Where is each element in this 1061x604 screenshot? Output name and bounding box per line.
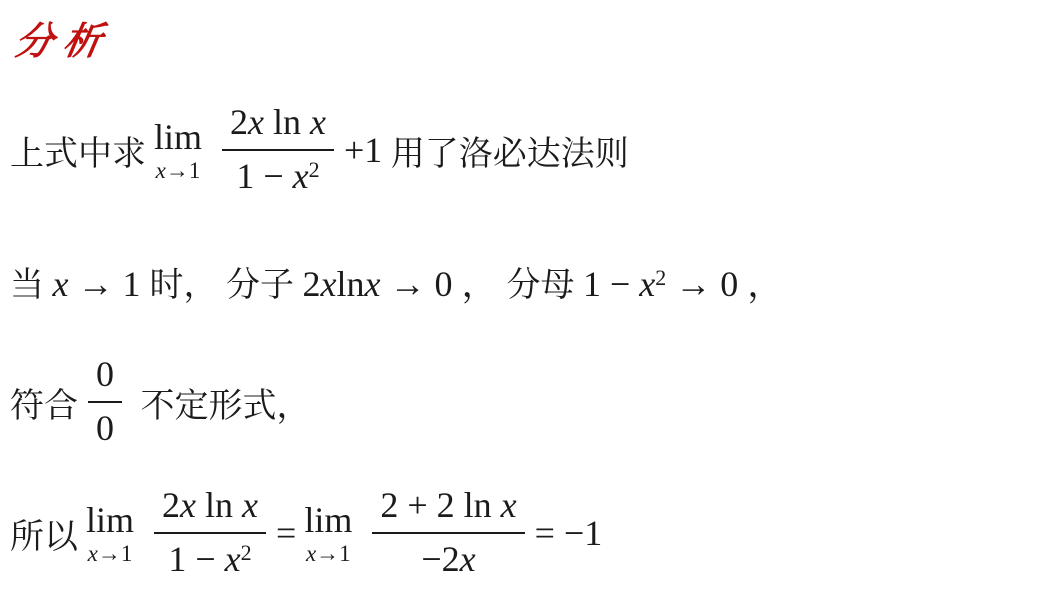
text-run: 用了洛必达法则 — [382, 126, 629, 175]
formula-line-2: 当 x → 1 时， 分子 2xlnx → 0 ， 分母 1 − x2 → 0 … — [10, 246, 783, 316]
fraction-denominator: 1 − x2 — [228, 151, 327, 196]
math-token: x — [310, 102, 326, 142]
math-token: 1 − — [236, 156, 292, 196]
math-token: x — [364, 264, 380, 304]
math-token: x — [320, 264, 336, 304]
math-token: x — [88, 541, 98, 566]
math-token: x — [242, 485, 258, 525]
math-token: x — [293, 156, 309, 196]
fraction-numerator: 2x ln x — [222, 104, 334, 149]
arrow-symbol: → 0 ， — [380, 264, 506, 304]
result-value: −1 — [564, 513, 602, 553]
exponent: 2 — [241, 540, 252, 565]
limit-subscript: x→1 — [156, 159, 201, 182]
math-token: ln — [264, 102, 310, 142]
fraction-numerator: 0 — [88, 356, 122, 401]
math-token: x — [306, 541, 316, 566]
fraction: 0 0 — [88, 356, 122, 448]
fraction-denominator: 1 − x2 — [160, 534, 259, 579]
result-run: = −1 — [535, 512, 603, 554]
arrow-symbol: → — [98, 541, 121, 566]
limit-subscript: x→1 — [88, 542, 133, 565]
fraction: 2x ln x 1 − x2 — [154, 487, 266, 579]
exponent: 2 — [309, 157, 320, 182]
math-token: x — [639, 264, 655, 304]
limit-word: lim — [304, 502, 352, 538]
analysis-heading: 分析 — [11, 10, 117, 65]
equals-sign: = — [276, 512, 296, 554]
math-token: 1 − — [168, 539, 224, 579]
fraction-denominator: 0 — [88, 403, 122, 448]
math-token: x — [248, 102, 264, 142]
math-token: x — [225, 539, 241, 579]
exponent: 2 — [655, 265, 666, 290]
fraction-denominator: −2x — [413, 534, 483, 579]
math-token: x — [460, 539, 476, 579]
limit-block: lim x→1 — [154, 119, 202, 182]
math-token: ln — [196, 485, 242, 525]
arrow-symbol: → 0 ， — [666, 264, 783, 304]
text-run: 当 x → 1 时， 分子 2xlnx → 0 ， 分母 1 − x2 → 0 … — [10, 256, 783, 307]
math-token: x — [53, 264, 69, 304]
fraction-numerator: 2x ln x — [154, 487, 266, 532]
math-token: 1 — [339, 541, 351, 566]
math-token: x — [180, 485, 196, 525]
fraction-numerator: 2 + 2 ln x — [372, 487, 524, 532]
limit-word: lim — [154, 119, 202, 155]
limit-subscript: x→1 — [306, 542, 351, 565]
text-run: 所以 — [10, 509, 78, 558]
arrow-symbol: → 1 — [68, 264, 149, 304]
fraction: 2 + 2 ln x −2x — [372, 487, 524, 579]
text-token: 时， 分子 — [149, 267, 302, 304]
math-token: ln — [464, 485, 501, 525]
text-token: 当 — [10, 267, 53, 304]
text-run: 不定形式， — [132, 378, 311, 427]
limit-word: lim — [86, 502, 134, 538]
math-token: x — [156, 158, 166, 183]
math-token: 1 − — [583, 264, 639, 304]
text-run: 上式中求 — [10, 126, 146, 175]
math-token: 1 — [189, 158, 201, 183]
formula-line-1: 上式中求 lim x→1 2x ln x 1 − x2 +1 用了洛必达法则 — [10, 92, 629, 208]
arrow-symbol: → — [316, 541, 339, 566]
text-run: 符合 — [10, 378, 78, 427]
formula-line-3: 符合 0 0 不定形式， — [10, 352, 311, 452]
math-token: 2 — [162, 485, 180, 525]
text-token: 分母 — [506, 267, 583, 304]
limit-block: lim x→1 — [86, 502, 134, 565]
formula-line-4: 所以 lim x→1 2x ln x 1 − x2 = lim x→1 2 + … — [10, 474, 602, 592]
document-page: 分析 上式中求 lim x→1 2x ln x 1 − x2 +1 用了洛必达法… — [0, 0, 1061, 604]
math-token: 2 — [230, 102, 248, 142]
equals-sign: = — [535, 513, 564, 553]
math-token: 1 — [121, 541, 133, 566]
limit-block: lim x→1 — [304, 502, 352, 565]
math-token: −2 — [421, 539, 459, 579]
arrow-symbol: → — [166, 158, 189, 183]
math-token: 2 + 2 — [380, 485, 463, 525]
math-token: +1 — [344, 129, 382, 171]
math-token: x — [501, 485, 517, 525]
math-token: ln — [336, 264, 364, 304]
math-token: 2 — [302, 264, 320, 304]
fraction: 2x ln x 1 − x2 — [222, 104, 334, 196]
